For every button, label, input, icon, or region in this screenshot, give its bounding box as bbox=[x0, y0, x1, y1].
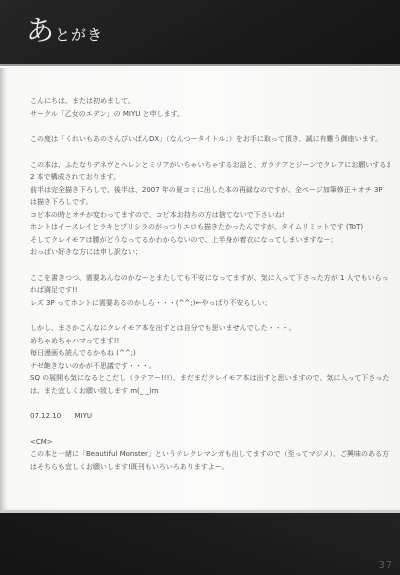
page-title-first-char: あ bbox=[26, 14, 55, 48]
text-line: こんにちは。または初めまして。 bbox=[30, 95, 390, 108]
text-line: SQ の展開も気になるとこだし（ラテアー!!!）、まだまだクレイモア本は出すと思… bbox=[30, 372, 390, 385]
text-line: この本は、ふたなりデネヴとヘレンとミリアがいちゃいちゃするお話と、ガラテアとジー… bbox=[30, 159, 390, 172]
text-line: しかし、まさかこんなにクレイモア本を出すとは自分でも思いませんでした・・・。 bbox=[30, 322, 390, 335]
paragraph: こんにちは。または初めまして。サークル「乙女のエデン」の MIYU と申します。 bbox=[30, 95, 390, 120]
text-line: サークル「乙女のエデン」の MIYU と申します。 bbox=[30, 108, 390, 121]
scanned-afterword-page: あとがき こんにちは。または初めまして。サークル「乙女のエデン」の MIYU と… bbox=[0, 0, 400, 575]
text-line: この度は「くれいもあのさんぴいぱんDX」（なんつータイトル；）をお手に取って頂き… bbox=[30, 133, 390, 146]
footer-band: 37 bbox=[0, 510, 400, 575]
paper-content-area: こんにちは。または初めまして。サークル「乙女のエデン」の MIYU と申します。… bbox=[0, 68, 400, 510]
text-line: は、また宜しくお願い致します m(_ _)m bbox=[30, 385, 390, 398]
text-line: この本と一緒に「Beautiful Monster」というテレクレマンガも出して… bbox=[30, 448, 390, 461]
text-line: 07.12.10 MIYU bbox=[30, 410, 390, 423]
text-line: 前半は完全描き下ろしで、後半は、2007 年の夏コミに出した本の再録なのですが、… bbox=[30, 184, 390, 197]
text-line: ホントはイースレイとラキとプリシラのがっつりエロも描きたかったんですが、タイムリ… bbox=[30, 221, 390, 234]
paragraph: しかし、まさかこんなにクレイモア本を出すとは自分でも思いませんでした・・・。めち… bbox=[30, 322, 390, 397]
text-line: レズ 3P ってホントに需要あるのかしら・・・(^^;)←やっぱり不安らしい； bbox=[30, 297, 390, 310]
paragraph: この本は、ふたなりデネヴとヘレンとミリアがいちゃいちゃするお話と、ガラテアとジー… bbox=[30, 159, 390, 259]
text-line: 2 本で構成されております。 bbox=[30, 171, 390, 184]
paragraph: この度は「くれいもあのさんぴいぱんDX」（なんつータイトル；）をお手に取って頂き… bbox=[30, 133, 390, 146]
text-line: <CM> bbox=[30, 436, 390, 449]
text-line: めちゃめちゃハマってます!! bbox=[30, 335, 390, 348]
text-line: は描き下ろしです。 bbox=[30, 196, 390, 209]
paragraph: ここを書きつつ、需要あんなのかなーとまたしても不安になってますが、気に入って下さ… bbox=[30, 272, 390, 310]
paragraph: 07.12.10 MIYU bbox=[30, 410, 390, 423]
paragraph: <CM>この本と一緒に「Beautiful Monster」というテレクレマンガ… bbox=[30, 436, 390, 474]
text-line: そしてクレイモアは腰がどうなってるかわからないので、上半身が着衣になってしまいま… bbox=[30, 234, 390, 247]
page-number: 37 bbox=[379, 560, 393, 571]
page-title-rest: とがき bbox=[55, 24, 103, 45]
text-line: ナゼ飽きないのかが不思議です・・・。 bbox=[30, 360, 390, 373]
header-band: あとがき bbox=[0, 0, 400, 66]
text-line: はそちらも宜しくお願いします!既刊もいろいろありますよー。 bbox=[30, 461, 390, 474]
body-text: こんにちは。または初めまして。サークル「乙女のエデン」の MIYU と申します。… bbox=[30, 95, 390, 486]
page-title: あとがき bbox=[26, 14, 103, 48]
text-line: コピ本の時とオチが変わってますので、コピ本お持ちの方は捨てないで下さいね! bbox=[30, 209, 390, 222]
text-line: 毎日漫画も読んでるかもね (^^;) bbox=[30, 347, 390, 360]
text-line: おっぱい好きな方には申し訳ない； bbox=[30, 246, 390, 259]
text-line: ここを書きつつ、需要あんなのかなーとまたしても不安になってますが、気に入って下さ… bbox=[30, 272, 390, 285]
text-line: れば満足です!! bbox=[30, 284, 390, 297]
